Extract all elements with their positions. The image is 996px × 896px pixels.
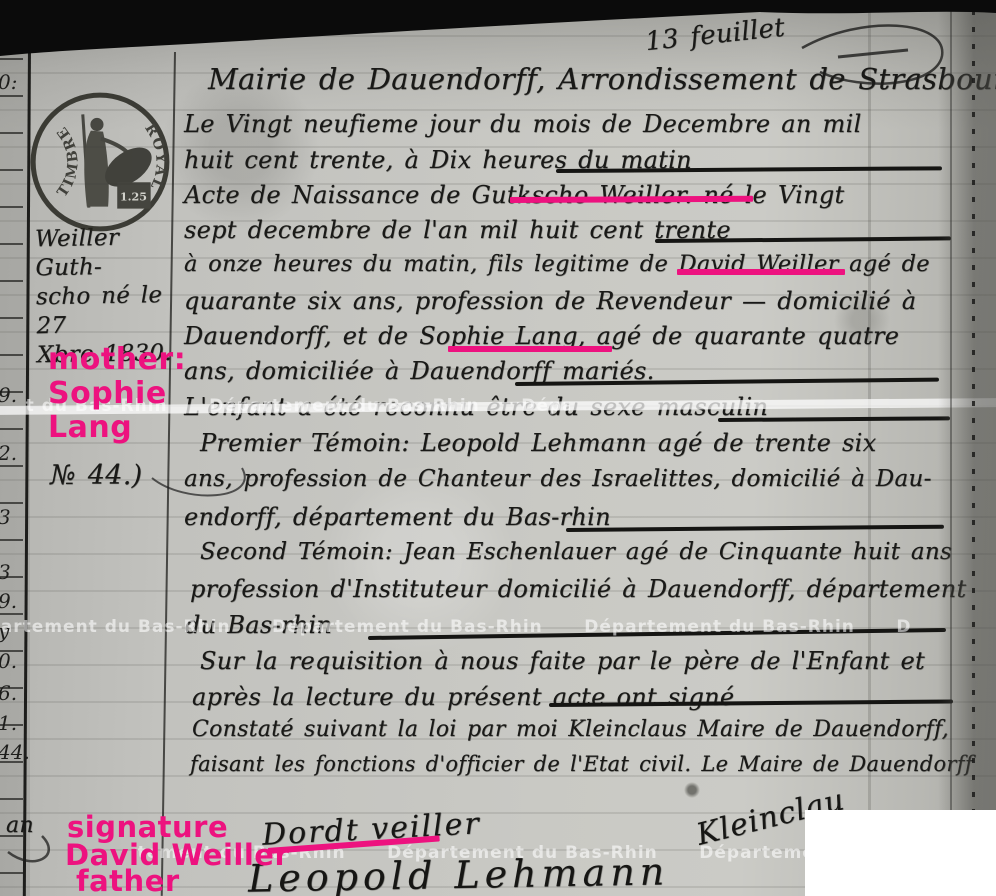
edge-number: 0: [0, 70, 17, 94]
doc-line: Constaté suivant la loi par moi Kleincla… [192, 717, 949, 742]
svg-text:TIMBRE: TIMBRE [53, 122, 82, 200]
doc-line: faisant les fonctions d'officier de l'Et… [190, 752, 973, 776]
annotation-father-label: father [76, 864, 180, 896]
partial-word-left-page: an [6, 813, 34, 838]
annotation-mother-name2: Lang [48, 410, 132, 445]
annotation-mother-name1: Sophie [48, 376, 167, 411]
doc-line: quarante six ans, profession de Revendeu… [184, 287, 916, 315]
doc-line: Sur la requisition à nous faite par le p… [200, 647, 925, 675]
stamp-text-timbre: TIMBRE [53, 122, 82, 200]
doc-line: endorff, département du Bas-rhin [184, 503, 611, 531]
doc-line: Second Témoin: Jean Eschenlauer agé de C… [200, 539, 952, 565]
edge-number: 2. [0, 441, 17, 465]
document-scan: Département du Bas-Rhin Département du B… [0, 0, 996, 896]
doc-line: Le Vingt neufieme jour du mois de Decemb… [184, 110, 862, 138]
edge-number: 1. [0, 711, 17, 735]
edge-number: 3 [0, 505, 11, 529]
ink-fill-line [566, 525, 944, 532]
act-number: № 44.) [50, 460, 142, 491]
edge-number: 9. [0, 589, 17, 613]
edge-number: 6. [0, 681, 17, 705]
underline-sophie-lang [448, 346, 612, 352]
edge-number: 0. [0, 649, 17, 673]
doc-line: Mairie de Dauendorff, Arrondissement de … [208, 62, 996, 96]
doc-line: Premier Témoin: Leopold Lehmann agé de t… [200, 429, 876, 457]
ink-fill-line [718, 416, 950, 422]
underline-david-weiller [677, 269, 845, 275]
edge-number: y [0, 619, 9, 643]
signature-leopold-lehmann: Leopold Lehmann [248, 849, 670, 896]
binding-line [950, 8, 952, 896]
timbre-royal-stamp: TIMBRE ROYAL 1.25 [24, 86, 176, 238]
annotation-mother-label: mother: [48, 342, 186, 377]
top-black-edge [0, 0, 996, 64]
edge-number: 3 [0, 560, 11, 584]
margin-note-line: scho né le 27 [36, 282, 163, 339]
doc-line: après la lecture du présent acte ont sig… [192, 683, 734, 711]
watermark-band: Département du Bas-Rhin Département du B… [0, 617, 912, 637]
doc-line: sept decembre de l'an mil huit cent tren… [184, 216, 731, 244]
binding-stitch-dots [972, 10, 975, 896]
stamp-value: 1.25 [120, 191, 147, 204]
doc-line: profession d'Instituteur domicilié à Dau… [190, 575, 966, 603]
right-binding-shadow [938, 0, 996, 896]
left-edge-ticks [0, 58, 23, 896]
edge-number: 9. [0, 383, 17, 407]
doc-line: ans, profession de Chanteur des Israelit… [184, 466, 932, 492]
underline-gutkscho-weiller [510, 196, 753, 203]
edge-number: 44. [0, 740, 30, 764]
white-redaction-box [805, 810, 996, 896]
